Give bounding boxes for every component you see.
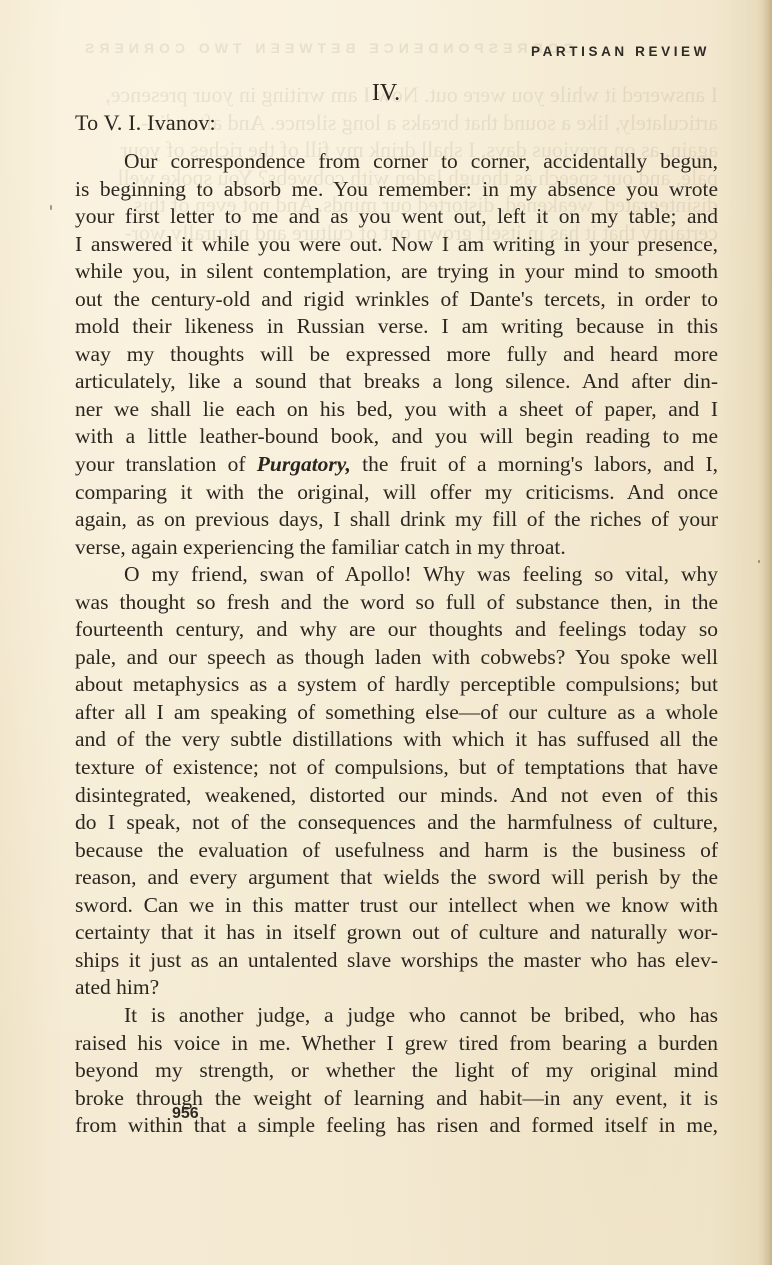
text-line: with a little leather-bound book, and yo… (75, 423, 718, 451)
text-line: beyond my strength, or whether the light… (75, 1057, 718, 1085)
text-line: certainty that it has in itself grown ou… (75, 919, 718, 947)
text-line: your translation of Purgatory, the fruit… (75, 451, 718, 479)
text-line: reason, and every argument that wields t… (75, 864, 718, 892)
text-line: fourteenth century, and why are our thou… (75, 616, 718, 644)
text-line: Our correspondence from corner to corner… (75, 148, 718, 176)
text-fragment: the fruit of a morning's labors, and I, (351, 452, 718, 476)
text-line: ships it just as an untalented slave wor… (75, 947, 718, 975)
text-line: because the evaluation of usefulness and… (75, 837, 718, 865)
text-line: texture of existence; not of compulsions… (75, 754, 718, 782)
running-head: PARTISAN REVIEW (531, 44, 710, 59)
text-line: after all I am speaking of something els… (75, 699, 718, 727)
text-fragment: your translation of (75, 452, 257, 476)
text-line: sword. Can we in this matter trust our i… (75, 892, 718, 920)
text-line: your first letter to me and as you went … (75, 203, 718, 231)
text-line: pale, and our speech as though laden wit… (75, 644, 718, 672)
text-line: articulately, like a sound that breaks a… (75, 368, 718, 396)
text-line: was thought so fresh and the word so ful… (75, 589, 718, 617)
text-line: again, as on previous days, I shall drin… (75, 506, 718, 534)
text-line: about metaphysics as a system of hardly … (75, 671, 718, 699)
text-line: mold their likeness in Russian verse. I … (75, 313, 718, 341)
page-number: 956 (172, 1105, 199, 1123)
text-line: is beginning to absorb me. You remember:… (75, 176, 718, 204)
text-line: and of the very subtle distillations wit… (75, 726, 718, 754)
text-line: It is another judge, a judge who cannot … (75, 1002, 718, 1030)
text-line: verse, again experiencing the familiar c… (75, 534, 718, 562)
show-through-header: CORRESPONDENCE BETWEEN TWO CORNERS (80, 40, 574, 56)
text-line: ated him? (75, 974, 718, 1002)
text-line: do I speak, not of the consequences and … (75, 809, 718, 837)
text-line: comparing it with the original, will off… (75, 479, 718, 507)
text-line: way my thoughts will be expressed more f… (75, 341, 718, 369)
text-line: I answered it while you were out. Now I … (75, 231, 718, 259)
paper-speck (50, 205, 52, 210)
text-line: disintegrated, weakened, distorted our m… (75, 782, 718, 810)
book-title-italic: Purgatory, (257, 452, 351, 476)
text-line: O my friend, swan of Apollo! Why was fee… (75, 561, 718, 589)
paper-speck (758, 560, 760, 563)
salutation: To V. I. Ivanov: (75, 110, 216, 136)
page-edge-shadow (762, 0, 772, 1265)
section-number: IV. (0, 80, 772, 107)
text-line: ner we shall lie each on his bed, you wi… (75, 396, 718, 424)
text-line: out the century-old and rigid wrinkles o… (75, 286, 718, 314)
text-line: raised his voice in me. Whether I grew t… (75, 1030, 718, 1058)
letter-body: Our correspondence from corner to corner… (75, 148, 718, 1140)
text-line: while you, in silent contemplation, are … (75, 258, 718, 286)
